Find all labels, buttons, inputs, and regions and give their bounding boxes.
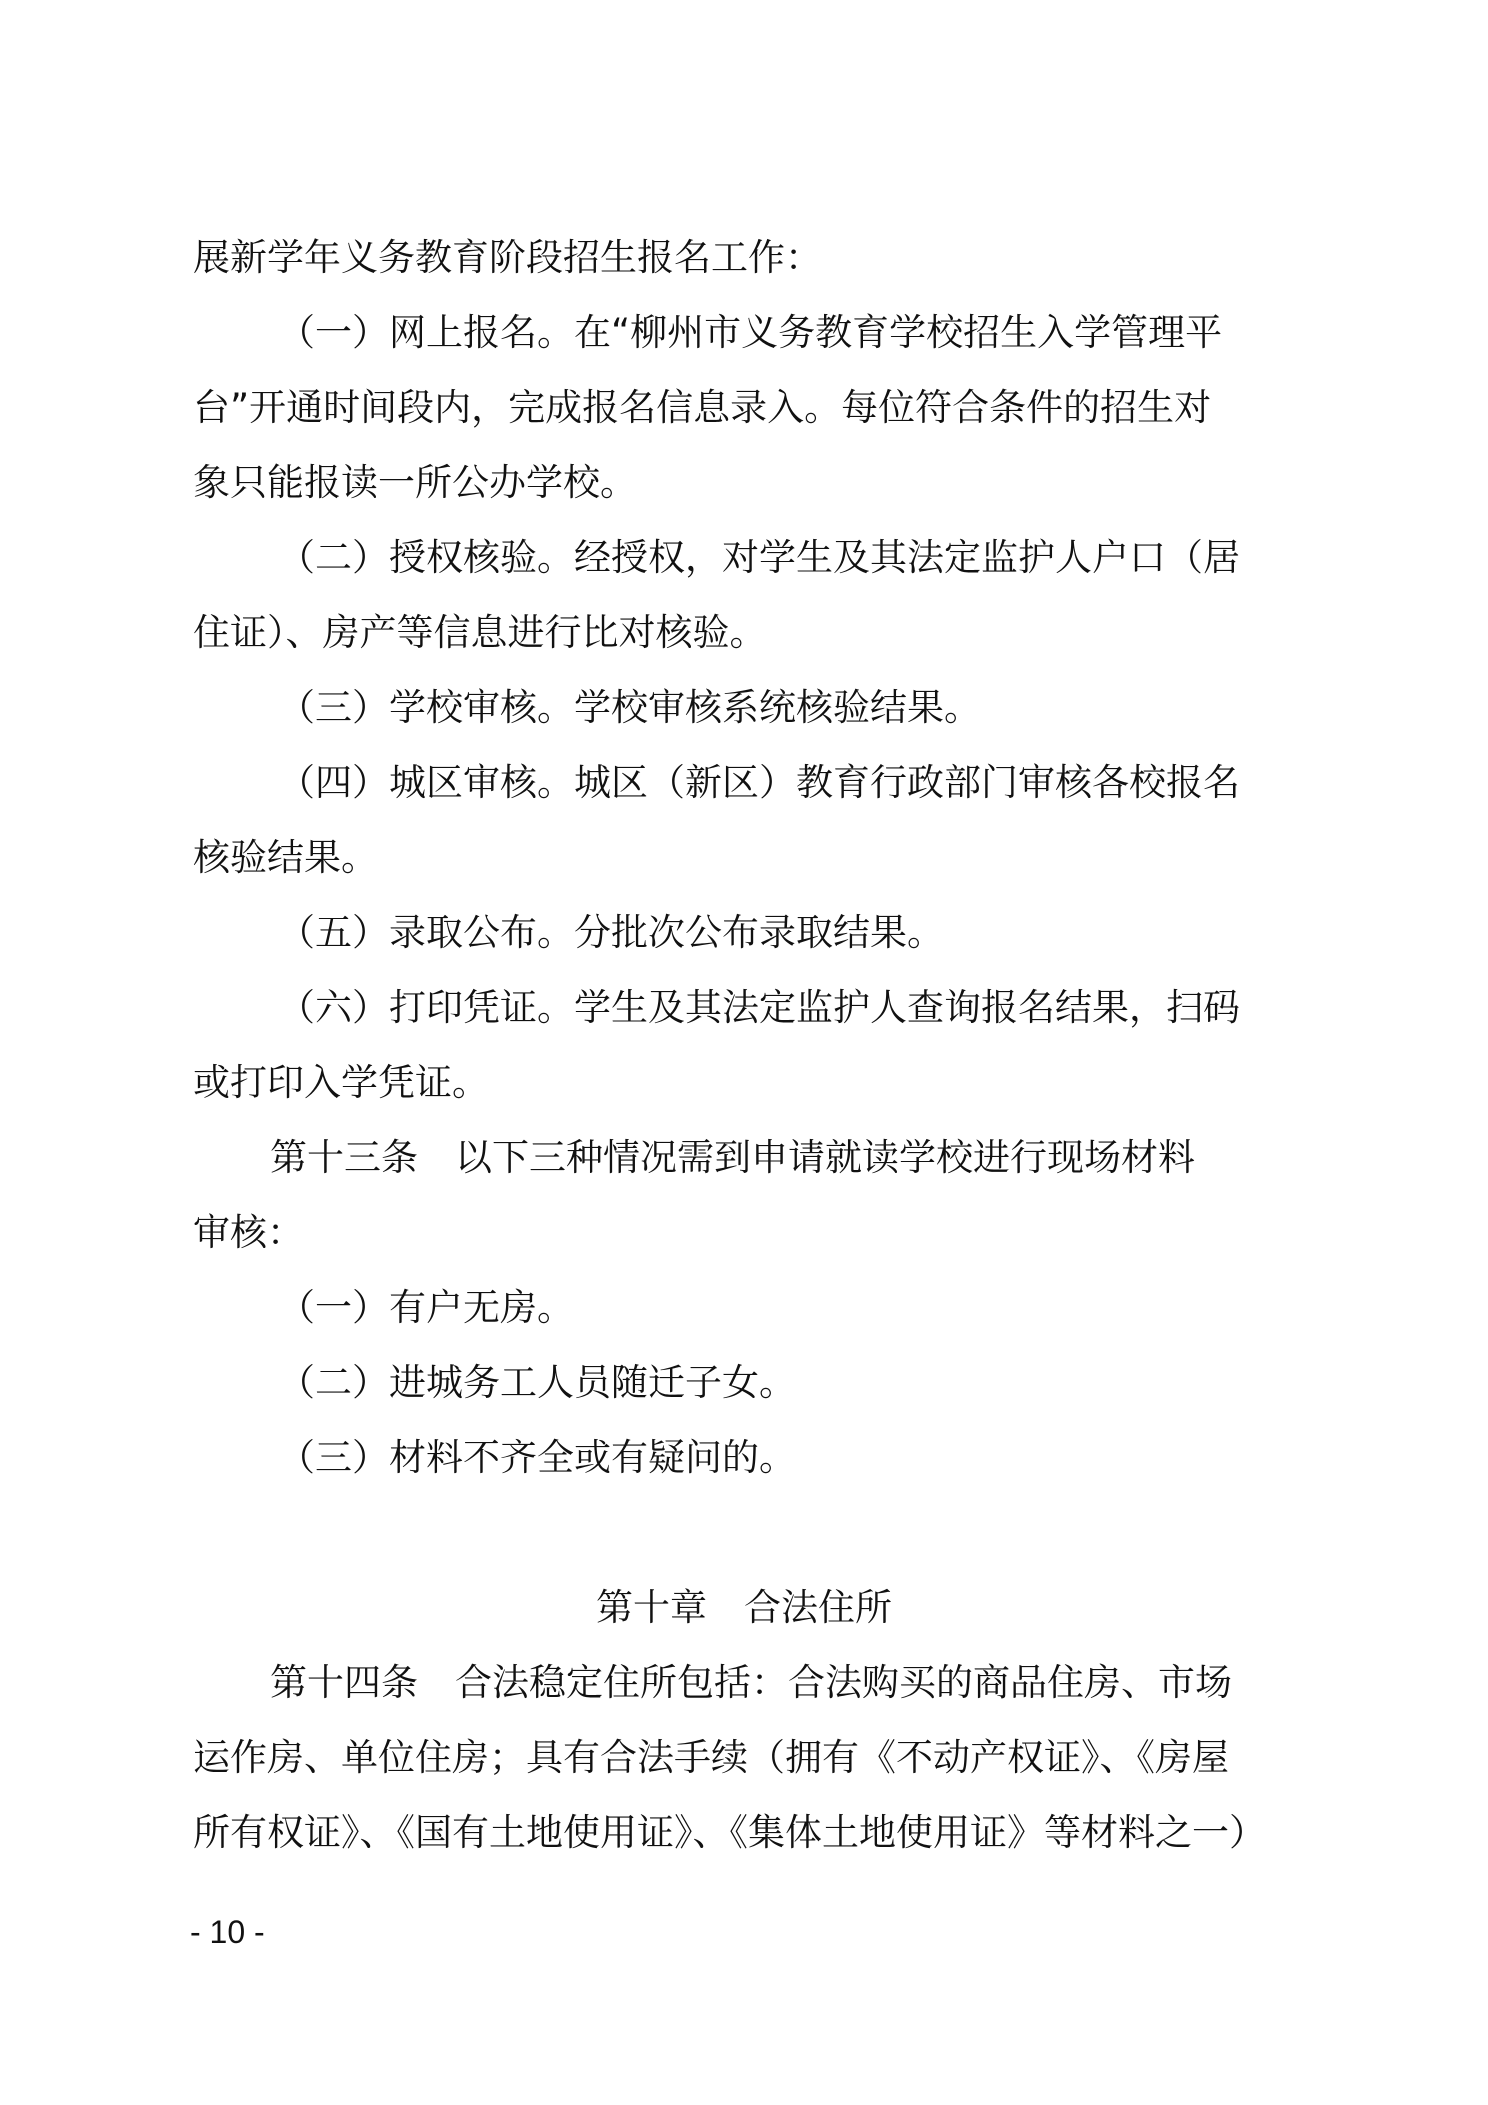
list-item-admission-announcement: （五）录取公布。分批次公布录取结果。	[278, 911, 1383, 955]
paragraph-line: 审核：	[193, 1211, 1298, 1255]
list-item-online-registration: （一）网上报名。在“柳州市义务教育学校招生入学管理平	[278, 311, 1383, 355]
page-number: - 10 -	[190, 1912, 265, 1952]
chapter-heading: 第十章 合法住所	[0, 1586, 1488, 1630]
list-item-incomplete-materials: （三）材料不齐全或有疑问的。	[278, 1436, 1383, 1480]
paragraph-line: 核验结果。	[193, 836, 1298, 880]
list-item-migrant-children: （二）进城务工人员随迁子女。	[278, 1361, 1383, 1405]
list-item-print-voucher: （六）打印凭证。学生及其法定监护人查询报名结果，扫码	[278, 986, 1383, 1030]
list-item-district-review: （四）城区审核。城区（新区）教育行政部门审核各校报名	[278, 761, 1383, 805]
list-item-school-review: （三）学校审核。学校审核系统核验结果。	[278, 686, 1383, 730]
article-14-line: 第十四条 合法稳定住所包括：合法购买的商品住房、市场	[270, 1661, 1375, 1705]
article-14-line: 运作房、单位住房；具有合法手续（拥有《不动产权证》、《房屋	[193, 1736, 1298, 1780]
paragraph-line: 象只能报读一所公办学校。	[193, 461, 1298, 505]
paragraph-line: 展新学年义务教育阶段招生报名工作：	[193, 236, 1298, 280]
document-page: 展新学年义务教育阶段招生报名工作： （一）网上报名。在“柳州市义务教育学校招生入…	[0, 0, 1488, 2105]
list-item-authorization-check: （二）授权核验。经授权，对学生及其法定监护人户口（居	[278, 536, 1383, 580]
paragraph-line: 住证）、房产等信息进行比对核验。	[193, 611, 1298, 655]
paragraph-line: 台”开通时间段内，完成报名信息录入。每位符合条件的招生对	[193, 386, 1298, 430]
article-14-line: 所有权证》、《国有土地使用证》、《集体土地使用证》等材料之一）	[193, 1811, 1298, 1855]
paragraph-line: 或打印入学凭证。	[193, 1061, 1298, 1105]
article-13-heading: 第十三条 以下三种情况需到申请就读学校进行现场材料	[270, 1136, 1375, 1180]
list-item-household-no-house: （一）有户无房。	[278, 1286, 1383, 1330]
